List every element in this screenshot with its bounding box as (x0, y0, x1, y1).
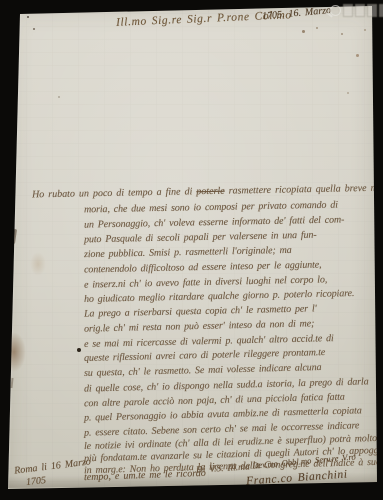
magnifier-icon (330, 5, 341, 16)
watermark-glyph (379, 4, 383, 17)
letter-paper-sheet: Ill.mo Sig.re Sig.r P.rone Col.mo 1705. … (0, 0, 383, 500)
ink-blot-left-edge (2, 332, 26, 372)
ink-speck (316, 27, 318, 29)
ink-speck (356, 54, 359, 57)
foxing-stain (30, 252, 46, 276)
struck-word: poterle (196, 186, 225, 198)
ink-speck (27, 16, 29, 18)
watermark-glyph (355, 4, 365, 17)
watermark (330, 4, 383, 17)
letter-photograph: Ill.mo Sig.re Sig.r P.rone Col.mo 1705. … (0, 0, 383, 500)
ink-speck (302, 30, 305, 33)
ink-speck (364, 29, 366, 31)
ink-speck (347, 92, 349, 94)
watermark-glyph (367, 4, 377, 17)
ink-speck (77, 348, 81, 352)
ink-speck (33, 28, 35, 30)
year-line: 1705 (25, 475, 46, 488)
ink-speck (58, 96, 60, 98)
watermark-glyph (343, 4, 353, 17)
ink-speck (341, 33, 343, 35)
